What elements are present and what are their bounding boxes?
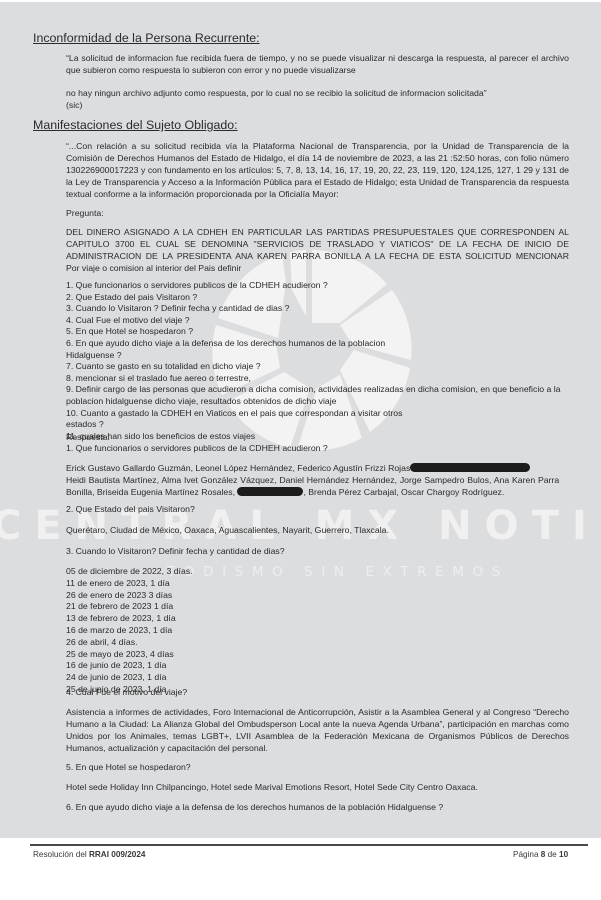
footer-resolution-number: RRAI 009/2024 <box>89 850 145 859</box>
visit-date-item: 13 de febrero de 2023, 1 día <box>66 613 576 625</box>
question-item: 5. En que Hotel se hospedaron ? <box>66 326 576 338</box>
footer-divider <box>30 844 588 846</box>
footer-resolution-label: Resolución del <box>33 850 89 859</box>
response-5-question: 5. En que Hotel se hospedaron? <box>66 761 191 773</box>
response-2-answer: Querétaro, Ciudad de México, Oaxaca, Agu… <box>66 524 389 536</box>
response-4-question: 4. Cual Fue el motivo del viaje? <box>66 686 187 698</box>
question-item: 2. Que Estado del pais Visitaron ? <box>66 292 576 304</box>
visit-date-item: 21 de febrero de 2023 1 día <box>66 601 576 613</box>
inconformidad-quote-p2: no hay ningun archivo adjunto como respu… <box>66 87 487 99</box>
visit-date-item: 05 de diciembre de 2022, 3 días. <box>66 566 576 578</box>
visit-date-item: 16 de marzo de 2023, 1 día <box>66 625 576 637</box>
visit-date-item: 25 de mayo de 2023, 4 días <box>66 649 576 661</box>
question-item: 1. Que funcionarios o servidores publico… <box>66 280 576 292</box>
visit-date-item: 26 de enero de 2023 3 días <box>66 590 576 602</box>
response-1-names-line3: Bonilla, Briseida Eugenia Martínez Rosal… <box>66 486 504 498</box>
footer-resolution: Resolución del RRAI 009/2024 <box>33 850 145 859</box>
question-item: 8. mencionar si el traslado fue aereo o … <box>66 373 576 385</box>
response-1-question: 1. Que funcionarios o servidores publico… <box>66 442 328 454</box>
pregunta-caps-text: DEL DINERO ASIGNADO A LA CDHEH EN PARTIC… <box>66 227 569 263</box>
visit-date-item: 11 de enero de 2023, 1 día <box>66 578 576 590</box>
question-item: 6. En que ayudo dicho viaje a la defensa… <box>66 338 576 350</box>
response-4-answer: Asistencia a informes de actividades, Fo… <box>66 706 569 754</box>
question-item: 7. Cuanto se gasto en su totalidad en di… <box>66 361 576 373</box>
response-1-names-line1: Erick Gustavo Gallardo Guzmán, Leonel Ló… <box>66 462 530 474</box>
section-heading-inconformidad: Inconformidad de la Persona Recurrente: <box>33 31 260 45</box>
manifestaciones-intro: “...Con relación a su solicitud recibida… <box>66 140 569 200</box>
footer-page-number: Página 8 de 10 <box>513 850 568 859</box>
visit-date-item: 16 de junio de 2023, 1 día <box>66 660 576 672</box>
response-1-names-line2: Heidi Bautista Martínez, Alma Ivet Gonzá… <box>66 474 559 486</box>
visit-date-item: 26 de abril, 4 días. <box>66 637 576 649</box>
response-3-question: 3. Cuando lo Visitaron? Definir fecha y … <box>66 545 285 557</box>
page-of: de <box>545 850 559 859</box>
question-item: 4. Cual Fue el motivo del viaje ? <box>66 315 576 327</box>
names-text: Bonilla, Briseida Eugenia Martínez Rosal… <box>66 487 235 497</box>
question-item: estados ? <box>66 419 576 431</box>
redaction-mark <box>237 487 303 496</box>
response-5-answer: Hotel sede Holiday Inn Chilpancingo, Hot… <box>66 781 478 793</box>
response-6-question: 6. En que ayudo dicho viaje a la defensa… <box>66 801 443 813</box>
question-item: 9. Definir cargo de las personas que acu… <box>66 384 573 407</box>
visit-dates-list: 05 de diciembre de 2022, 3 días. 11 de e… <box>66 566 576 696</box>
response-2-question: 2. Que Estado del pais Visitaron? <box>66 503 195 515</box>
inconformidad-quote-p1: “La solicitud de informacion fue recibid… <box>66 52 569 77</box>
page-label: Página <box>513 850 541 859</box>
question-list: 1. Que funcionarios o servidores publico… <box>66 280 576 442</box>
visit-date-item: 24 de junio de 2023, 1 día <box>66 672 576 684</box>
question-item: 10. Cuanto a gastado la CDHEH en Viatico… <box>66 408 576 420</box>
pregunta-tail: Por viaje o comision al interior del Pai… <box>66 262 241 274</box>
section-heading-manifestaciones: Manifestaciones del Sujeto Obligado: <box>33 118 238 132</box>
names-text: , Brenda Pérez Carbajal, Oscar Chargoy R… <box>303 487 504 497</box>
page-total: 10 <box>559 850 568 859</box>
question-item: 11. cuales han sido los beneficios de es… <box>66 431 576 443</box>
names-text: Erick Gustavo Gallardo Guzmán, Leonel Ló… <box>66 463 410 473</box>
redaction-mark <box>410 463 530 472</box>
pregunta-label: Pregunta: <box>66 207 104 219</box>
sic-note: (sic) <box>66 99 82 111</box>
question-item: Hidalguense ? <box>66 350 576 362</box>
question-item: 3. Cuando lo Visitaron ? Definir fecha y… <box>66 303 576 315</box>
